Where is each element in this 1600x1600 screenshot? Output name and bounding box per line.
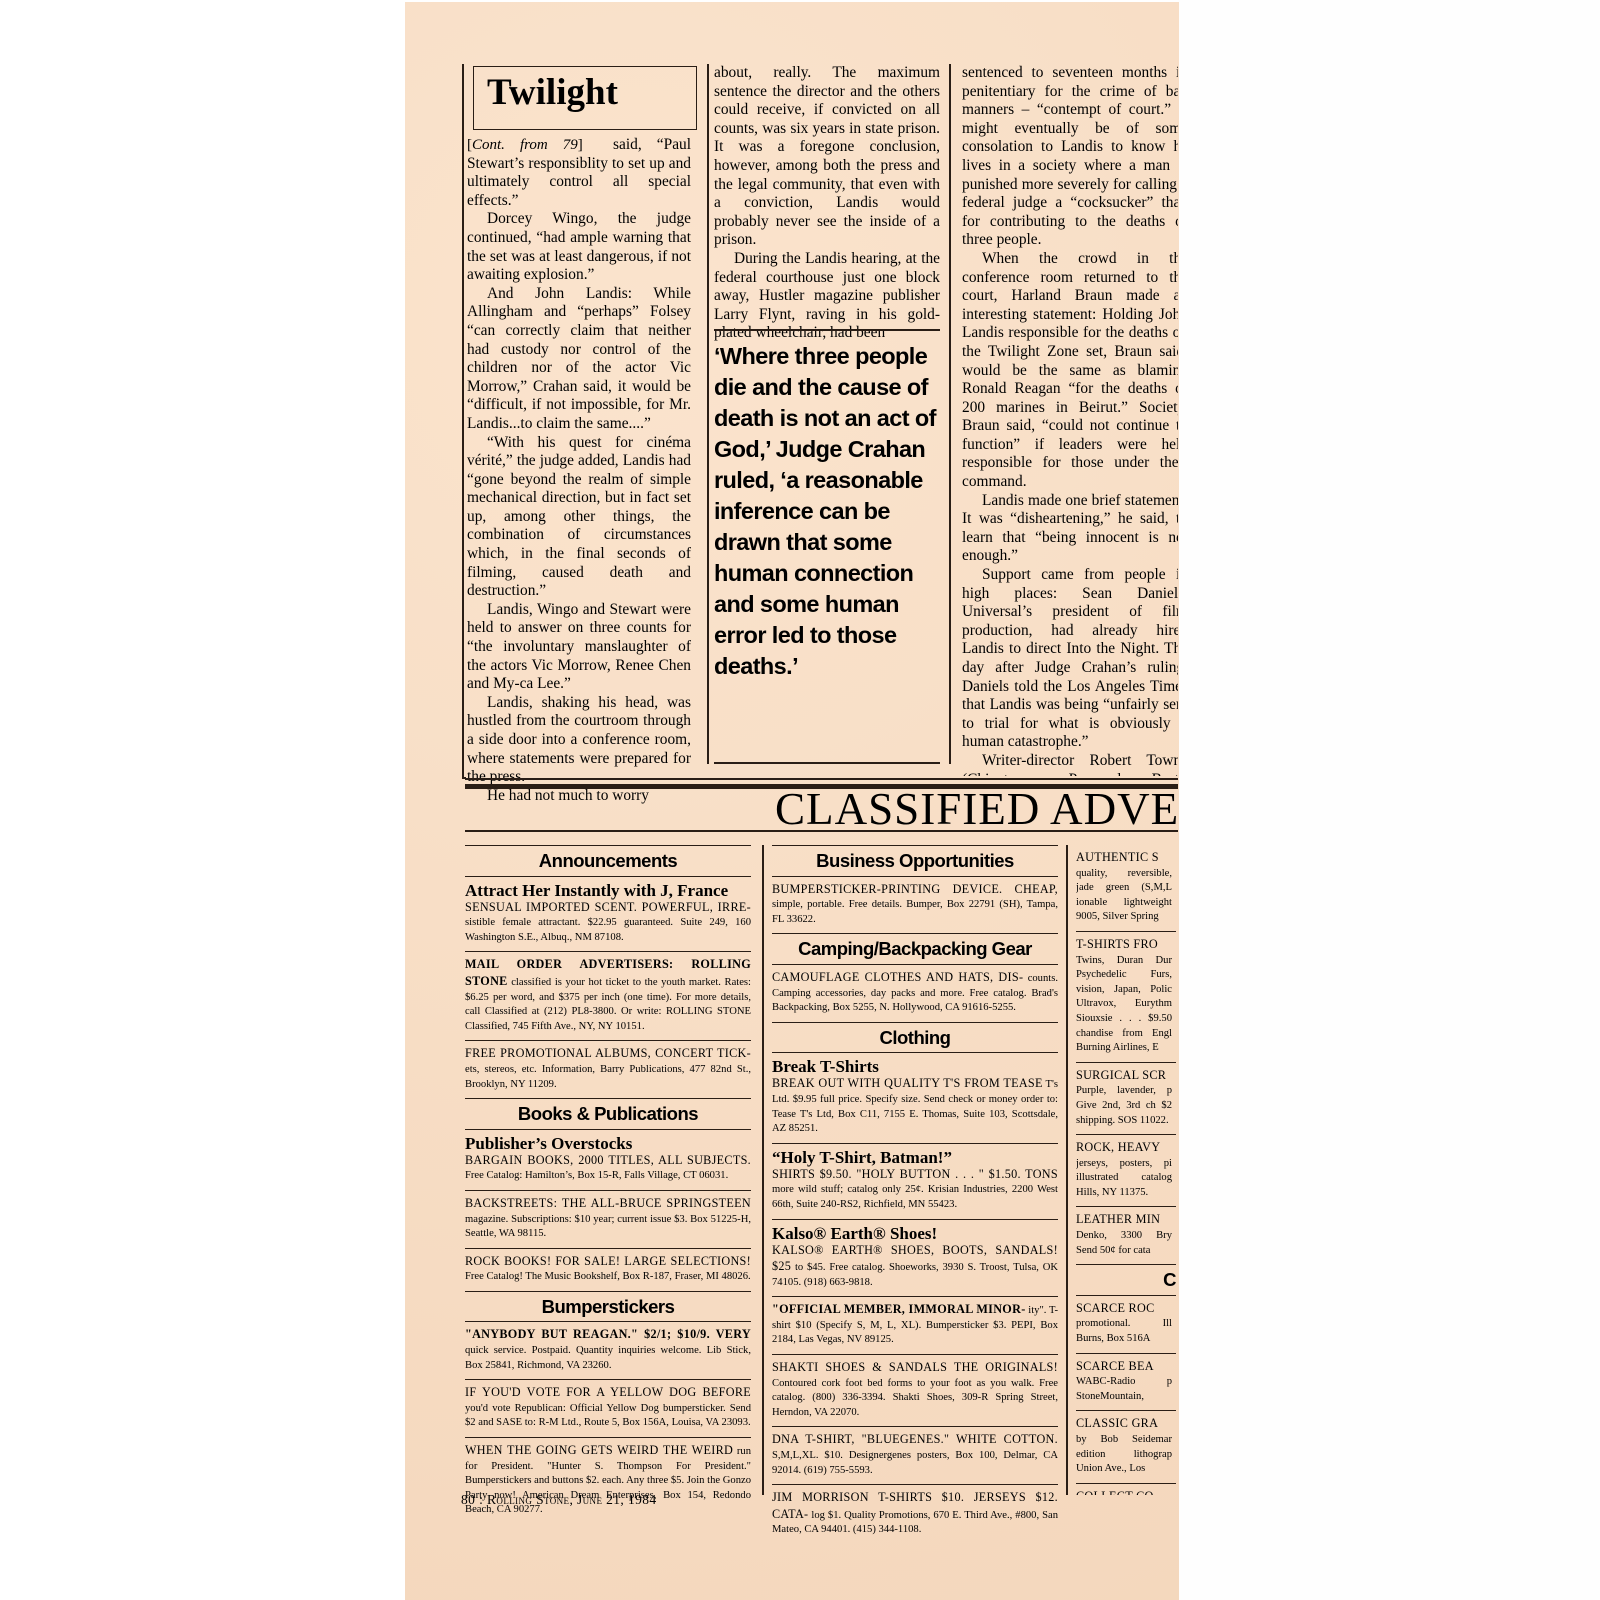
classified-banner-bottom-rule (465, 830, 1178, 832)
column-rule-2 (949, 64, 951, 764)
classified-ad: SHAKTI SHOES & SANDALS THE ORIGINALS! Co… (772, 1355, 1058, 1427)
classified-ad: BACKSTREETS: THE ALL-BRUCE SPRINGSTEEN m… (465, 1191, 751, 1249)
classified-ad: MAIL ORDER ADVERTISERS: ROLLING STONE cl… (465, 952, 751, 1041)
ad-body: classified is your hot ticket to the you… (465, 977, 751, 1032)
section-header-books: Books & Publications (465, 1098, 751, 1130)
article-left-rule (462, 64, 464, 778)
pull-quote-top-rule (714, 329, 940, 331)
classified-top-rule (465, 778, 1178, 780)
classified-ad: "OFFICIAL MEMBER, IMMORAL MINOR- ity". T… (772, 1297, 1058, 1355)
ad-body: quality, reversible, jade green (S,M,L i… (1076, 867, 1172, 925)
continued-from: Cont. from 79 (472, 137, 578, 153)
ad-lead: T-SHIRTS FRO (1076, 937, 1158, 951)
classified-ad: DNA T-SHIRT, "BLUEGENES." WHITE COTTON. … (772, 1427, 1058, 1485)
classified-ad: Publisher’s OverstocksBARGAIN BOOKS, 200… (465, 1130, 751, 1191)
classified-ad: BUMPERSTICKER-PRINTING DEVICE. CHEAP, si… (772, 877, 1058, 934)
ad-body: jerseys, posters, pi illustrated catalog… (1076, 1157, 1172, 1201)
ad-lead: SCARCE ROC (1076, 1301, 1155, 1315)
article-title: Twilight (487, 71, 618, 114)
classified-ad: Attract Her Instantly with J, FranceSENS… (465, 877, 751, 953)
ad-body: Twins, Duran Dur Psychedelic Furs, visio… (1076, 954, 1172, 1056)
classified-ad: SURGICAL SCRPurple, lavender, p Give 2nd… (1076, 1063, 1176, 1135)
ad-lead: SCARCE BEA (1076, 1359, 1154, 1373)
paragraph: Writer-director Robert Towne (Chinatown,… (962, 752, 1178, 776)
ad-lead: "OFFICIAL MEMBER, IMMORAL MINOR- (772, 1302, 1026, 1316)
ad-body: Free Catalog! The Music Bookshelf, Box R… (465, 1271, 751, 1282)
ad-lead: WHEN THE GOING GETS WEIRD THE WEIRD (465, 1443, 733, 1457)
ad-lead: BARGAIN BOOKS, 2000 TITLES, ALL SUBJECTS… (465, 1153, 751, 1167)
page-number: 80 (461, 1492, 475, 1507)
ad-body: promotional. Ill Burns, Box 516A (1076, 1317, 1172, 1346)
ad-lead: SURGICAL SCR (1076, 1068, 1166, 1082)
classified-banner-clip: CLASSIFIED ADVE (770, 786, 1178, 834)
classified-ad: "ANYBODY BUT REAGAN." $2/1; $10/9. VERY … (465, 1322, 751, 1380)
ad-lead: LEATHER MIN (1076, 1212, 1160, 1226)
ad-body: Denko, 3300 Bry Send 50¢ for cata (1076, 1229, 1172, 1258)
classified-column-3-clip: AUTHENTIC Squality, reversible, jade gre… (1074, 845, 1178, 1495)
classified-column-3: AUTHENTIC Squality, reversible, jade gre… (1076, 845, 1176, 1495)
ad-body: Contoured cork foot bed forms to your fo… (772, 1378, 1058, 1418)
section-header-camping: Camping/Backpacking Gear (772, 933, 1058, 965)
background-margin (1178, 0, 1600, 1600)
paragraph: Landis, shaking his head, was hustled fr… (467, 694, 691, 787)
paragraph: Dorcey Wingo, the judge continued, “had … (467, 210, 691, 284)
ad-body: sistible female attractant. $22.95 guara… (465, 917, 751, 943)
ad-body: WABC-Radio p StoneMountain, (1076, 1375, 1172, 1404)
article-column-2: about, really. The maximum sentence the … (714, 64, 940, 343)
ad-body: S,M,L,XL. $10. Designergenes posters, Bo… (772, 1450, 1058, 1476)
ad-lead: FREE PROMOTIONAL ALBUMS, CONCERT TICK- (465, 1046, 751, 1060)
classified-ad: SCARCE BEAWABC-Radio p StoneMountain, (1076, 1354, 1176, 1412)
ad-lead: COLLECT CO (1076, 1489, 1154, 1495)
section-header-clothing: Clothing (772, 1022, 1058, 1054)
ad-headline: Attract Her Instantly with J, France (465, 882, 751, 900)
classified-column-rule-1 (762, 845, 764, 1495)
ad-lead: CLASSIC GRA (1076, 1416, 1158, 1430)
classified-ad: FREE PROMOTIONAL ALBUMS, CONCERT TICK- e… (465, 1041, 751, 1098)
ad-lead: BUMPERSTICKER-PRINTING DEVICE. CHEAP, (772, 882, 1058, 896)
classified-ad: Kalso® Earth® Shoes!KALSO® EARTH® SHOES,… (772, 1220, 1058, 1298)
classified-ad: CAMOUFLAGE CLOTHES AND HATS, DIS- counts… (772, 965, 1058, 1022)
ad-lead: "ANYBODY BUT REAGAN." $2/1; $10/9. VERY (465, 1327, 751, 1341)
ad-body: to $45. Free catalog. Shoeworks, 3930 S.… (772, 1262, 1058, 1288)
ad-body: magazine. Subscriptions: $10 year; curre… (465, 1214, 751, 1240)
ad-lead: DNA T-SHIRT, "BLUEGENES." WHITE COTTON. (772, 1432, 1058, 1446)
ad-headline: Publisher’s Overstocks (465, 1135, 751, 1153)
classified-ad: T-SHIRTS FROTwins, Duran Dur Psychedelic… (1076, 932, 1176, 1063)
paragraph: Landis made one brief statement: It was … (962, 492, 1178, 566)
section-header-partial: C (1076, 1265, 1176, 1296)
ad-headline: Kalso® Earth® Shoes! (772, 1225, 1058, 1243)
ad-body: by Bob Seidemar edition lithograp Union … (1076, 1433, 1172, 1477)
classified-ad: Break T-ShirtsBREAK OUT WITH QUALITY T'S… (772, 1053, 1058, 1143)
ad-body: Free Catalog: Hamilton’s, Box 15-R, Fall… (465, 1170, 728, 1181)
ad-lead: BREAK OUT WITH QUALITY T'S FROM TEASE (772, 1076, 1043, 1090)
classified-ad: ROCK BOOKS! FOR SALE! LARGE SELECTIONS! … (465, 1249, 751, 1291)
article-title-box: Twilight (473, 66, 697, 130)
classified-column-2: Business Opportunities BUMPERSTICKER-PRI… (772, 845, 1058, 1544)
ad-lead: AUTHENTIC S (1076, 850, 1159, 864)
classified-ad: JIM MORRISON T-SHIRTS $10. JERSEYS $12. … (772, 1485, 1058, 1544)
classified-ad: ROCK, HEAVYjerseys, posters, pi illustra… (1076, 1135, 1176, 1207)
ad-body: ets, stereos, etc. Information, Barry Pu… (465, 1064, 751, 1090)
pull-quote: ‘Where three people die and the cause of… (714, 341, 940, 682)
ad-lead: SHAKTI SHOES & SANDALS THE ORIGINALS! (772, 1360, 1058, 1374)
classified-banner: CLASSIFIED ADVE (775, 786, 1178, 834)
paragraph: “With his quest for cinéma vérité,” the … (467, 434, 691, 601)
pull-quote-bottom-rule (714, 762, 940, 764)
paragraph: about, really. The maximum sentence the … (714, 64, 940, 250)
ad-lead: ROCK, HEAVY (1076, 1140, 1160, 1154)
classified-ad: WHEN THE GOING GETS WEIRD THE WEIRD run … (465, 1438, 751, 1524)
classified-ad: LEATHER MINDenko, 3300 Bry Send 50¢ for … (1076, 1207, 1176, 1265)
ad-lead: CAMOUFLAGE CLOTHES AND HATS, DIS- (772, 970, 1023, 984)
ad-body: log $1. Quality Promotions, 670 E. Third… (772, 1510, 1058, 1536)
footer-separator: : (475, 1492, 487, 1507)
article-column-3-clip: sentenced to seventeen months in peniten… (960, 64, 1178, 776)
classified-ad: AUTHENTIC Squality, reversible, jade gre… (1076, 845, 1176, 932)
column-rule-1 (707, 64, 709, 764)
ad-body: quick service. Postpaid. Quantity inquir… (465, 1345, 751, 1371)
paragraph: sentenced to seventeen months in peniten… (962, 64, 1178, 250)
paragraph: Support came from people in high places:… (962, 566, 1178, 752)
issue-date: June 21, 1984 (577, 1492, 657, 1507)
paragraph: Landis, Wingo and Stewart were held to a… (467, 601, 691, 694)
ad-body: Purple, lavender, p Give 2nd, 3rd ch $2 … (1076, 1084, 1172, 1128)
ad-body: more wild stuff; catalog only 25¢. Krisi… (772, 1184, 1058, 1210)
ad-lead: ROCK BOOKS! FOR SALE! LARGE SELECTIONS! (465, 1254, 751, 1268)
classified-ad: COLLECT COtry, rock, pop, h favorite art… (1076, 1484, 1176, 1495)
ad-lead: BACKSTREETS: THE ALL-BRUCE SPRINGSTEEN (465, 1196, 751, 1210)
ad-headline: Break T-Shirts (772, 1058, 1058, 1076)
paragraph: When the crowd in the conference room re… (962, 250, 1178, 492)
magazine-name: Rolling Stone (487, 1492, 569, 1507)
classified-column-rule-2 (1066, 845, 1068, 1495)
page-footer: 80 : Rolling Stone, June 21, 1984 (461, 1492, 657, 1508)
classified-ad: IF YOU'D VOTE FOR A YELLOW DOG BEFORE yo… (465, 1380, 751, 1438)
ad-lead: IF YOU'D VOTE FOR A YELLOW DOG BEFORE (465, 1385, 751, 1399)
section-header-announcements: Announcements (465, 845, 751, 877)
classified-ad: CLASSIC GRAby Bob Seidemar edition litho… (1076, 1411, 1176, 1483)
ad-body: simple, portable. Free details. Bumper, … (772, 899, 1058, 925)
section-header-bumperstickers: Bumperstickers (465, 1291, 751, 1323)
ad-lead: SENSUAL IMPORTED SCENT. POWERFUL, IRRE- (465, 900, 751, 914)
ad-headline: “Holy T-Shirt, Batman!” (772, 1149, 1058, 1167)
classified-ad: “Holy T-Shirt, Batman!”SHIRTS $9.50. "HO… (772, 1144, 1058, 1220)
section-header-business: Business Opportunities (772, 845, 1058, 877)
classified-ad: SCARCE ROCpromotional. Ill Burns, Box 51… (1076, 1296, 1176, 1354)
paragraph: He had not much to worry (467, 787, 691, 806)
classified-column-1: Announcements Attract Her Instantly with… (465, 845, 751, 1524)
ad-lead: SHIRTS $9.50. "HOLY BUTTON . . . " $1.50… (772, 1167, 1058, 1181)
paragraph: And John Landis: While Allingham and “pe… (467, 285, 691, 434)
article-column-1: [Cont. from 79] said, “Paul Stewart’s re… (467, 136, 691, 805)
article-column-3: sentenced to seventeen months in peniten… (962, 64, 1178, 776)
ad-body: you'd vote Republican: Official Yellow D… (465, 1403, 751, 1429)
